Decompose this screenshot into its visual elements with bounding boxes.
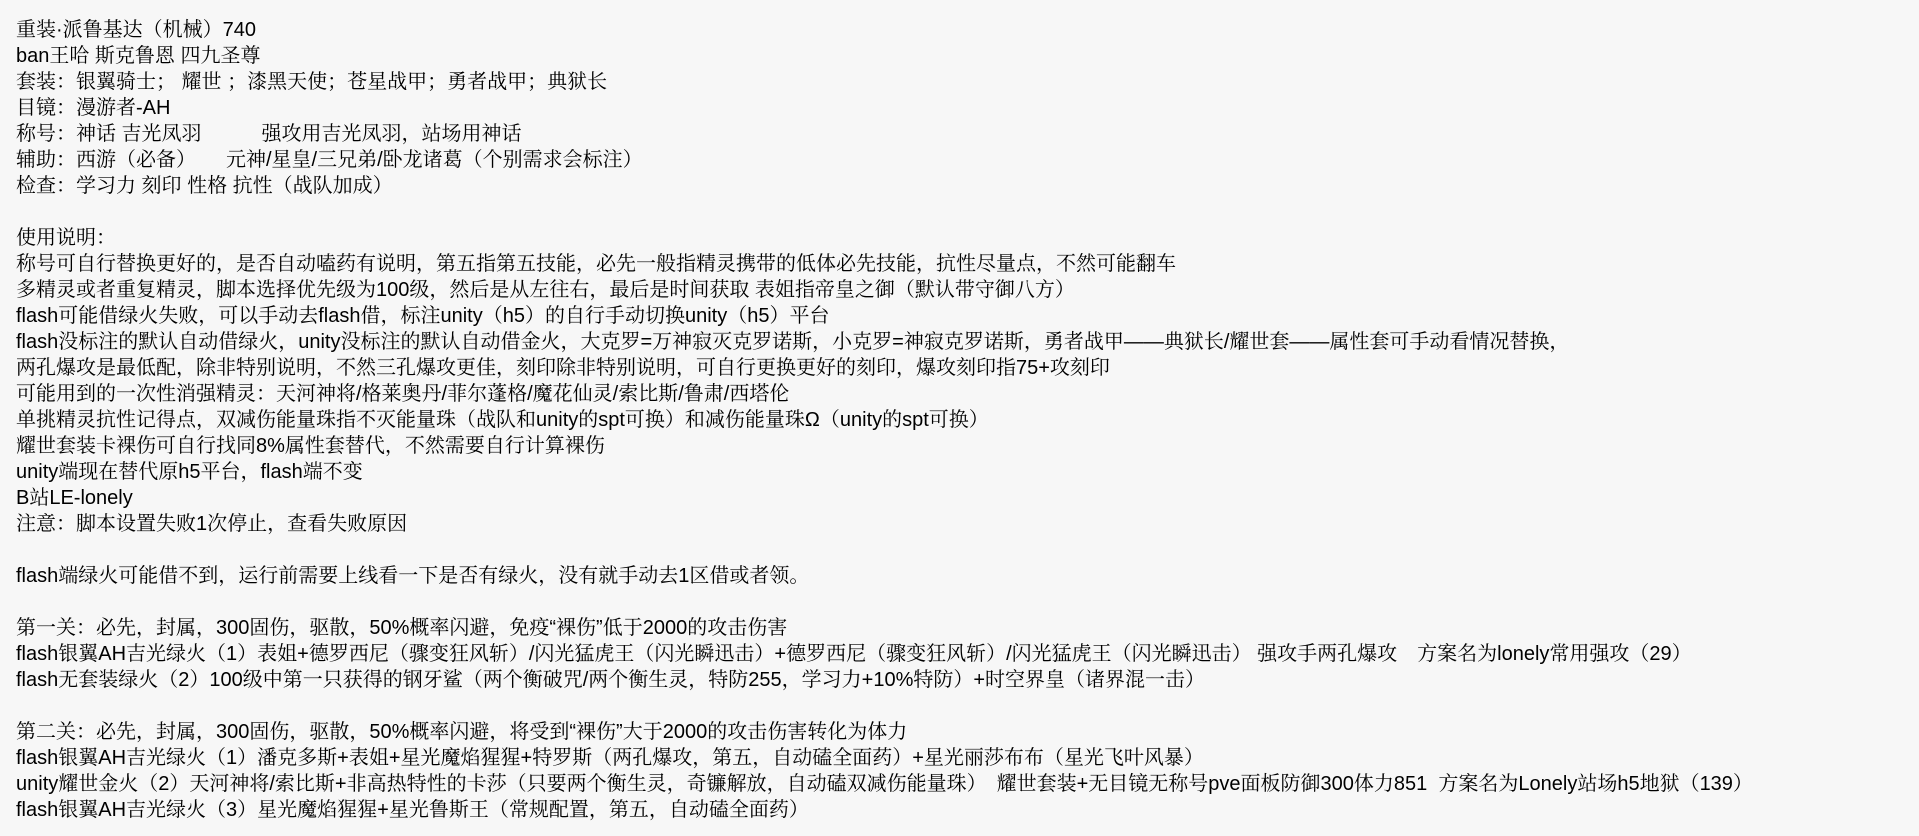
text-line: 目镜：漫游者-AH <box>16 95 1899 121</box>
text-line: unity耀世金火（2）天河神将/索比斯+非高热特性的卡莎（只要两个衡生灵，奇镰… <box>16 771 1899 797</box>
text-line: unity端现在替代原h5平台，flash端不变 <box>16 459 1899 485</box>
text-line: 耀世套装卡裸伤可自行找同8%属性套替代，不然需要自行计算裸伤 <box>16 433 1899 459</box>
text-line-blank <box>16 693 1899 719</box>
text-line-stage-2-title: 第二关：必先，封属，300固伤，驱散，50%概率闪避，将受到“裸伤”大于2000… <box>16 719 1899 745</box>
text-line: flash无套装绿火（2）100级中第一只获得的钢牙鲨（两个衡破咒/两个衡生灵，… <box>16 667 1899 693</box>
text-line-section-usage-title: 使用说明： <box>16 225 1899 251</box>
text-document: 重装·派鲁基达（机械）740 ban王哈 斯克鲁恩 四九圣尊 套装：银翼骑士； … <box>0 0 1919 823</box>
text-line-blank <box>16 589 1899 615</box>
text-line: 单挑精灵抗性记得点，双减伤能量珠指不灭能量珠（战队和unity的spt可换）和减… <box>16 407 1899 433</box>
text-line: 检查：学习力 刻印 性格 抗性（战队加成） <box>16 173 1899 199</box>
text-line: 多精灵或者重复精灵，脚本选择优先级为100级，然后是从左往右，最后是时间获取 表… <box>16 277 1899 303</box>
text-line-stage-1-title: 第一关：必先，封属，300固伤，驱散，50%概率闪避，免疫“裸伤”低于2000的… <box>16 615 1899 641</box>
text-line: 称号：神话 吉光凤羽 强攻用吉光凤羽，站场用神话 <box>16 121 1899 147</box>
text-line: 可能用到的一次性消强精灵：天河神将/格莱奥丹/菲尔蓬格/魔花仙灵/索比斯/鲁肃/… <box>16 381 1899 407</box>
text-line: B站LE-lonely <box>16 485 1899 511</box>
text-line: flash银翼AH吉光绿火（1）潘克多斯+表姐+星光魔焰猩猩+特罗斯（两孔爆攻，… <box>16 745 1899 771</box>
text-line: 两孔爆攻是最低配，除非特别说明，不然三孔爆攻更佳，刻印除非特别说明，可自行更换更… <box>16 355 1899 381</box>
text-line: flash端绿火可能借不到，运行前需要上线看一下是否有绿火，没有就手动去1区借或… <box>16 563 1899 589</box>
text-line-blank <box>16 199 1899 225</box>
text-line: 称号可自行替换更好的，是否自动嗑药有说明，第五指第五技能，必先一般指精灵携带的低… <box>16 251 1899 277</box>
text-line: flash可能借绿火失败，可以手动去flash借，标注unity（h5）的自行手… <box>16 303 1899 329</box>
text-line: ban王哈 斯克鲁恩 四九圣尊 <box>16 43 1899 69</box>
text-line: 辅助：西游（必备） 元神/星皇/三兄弟/卧龙诸葛（个别需求会标注） <box>16 147 1899 173</box>
text-line: 套装：银翼骑士； 耀世 ；漆黑天使；苍星战甲；勇者战甲；典狱长 <box>16 69 1899 95</box>
text-line: 重装·派鲁基达（机械）740 <box>16 17 1899 43</box>
text-line: flash银翼AH吉光绿火（1）表姐+德罗西尼（骤变狂风斩）/闪光猛虎王（闪光瞬… <box>16 641 1899 667</box>
text-line-blank <box>16 537 1899 563</box>
text-line: flash银翼AH吉光绿火（3）星光魔焰猩猩+星光鲁斯王（常规配置，第五，自动磕… <box>16 797 1899 823</box>
text-line: 注意：脚本设置失败1次停止，查看失败原因 <box>16 511 1899 537</box>
text-line: flash没标注的默认自动借绿火，unity没标注的默认自动借金火，大克罗=万神… <box>16 329 1899 355</box>
